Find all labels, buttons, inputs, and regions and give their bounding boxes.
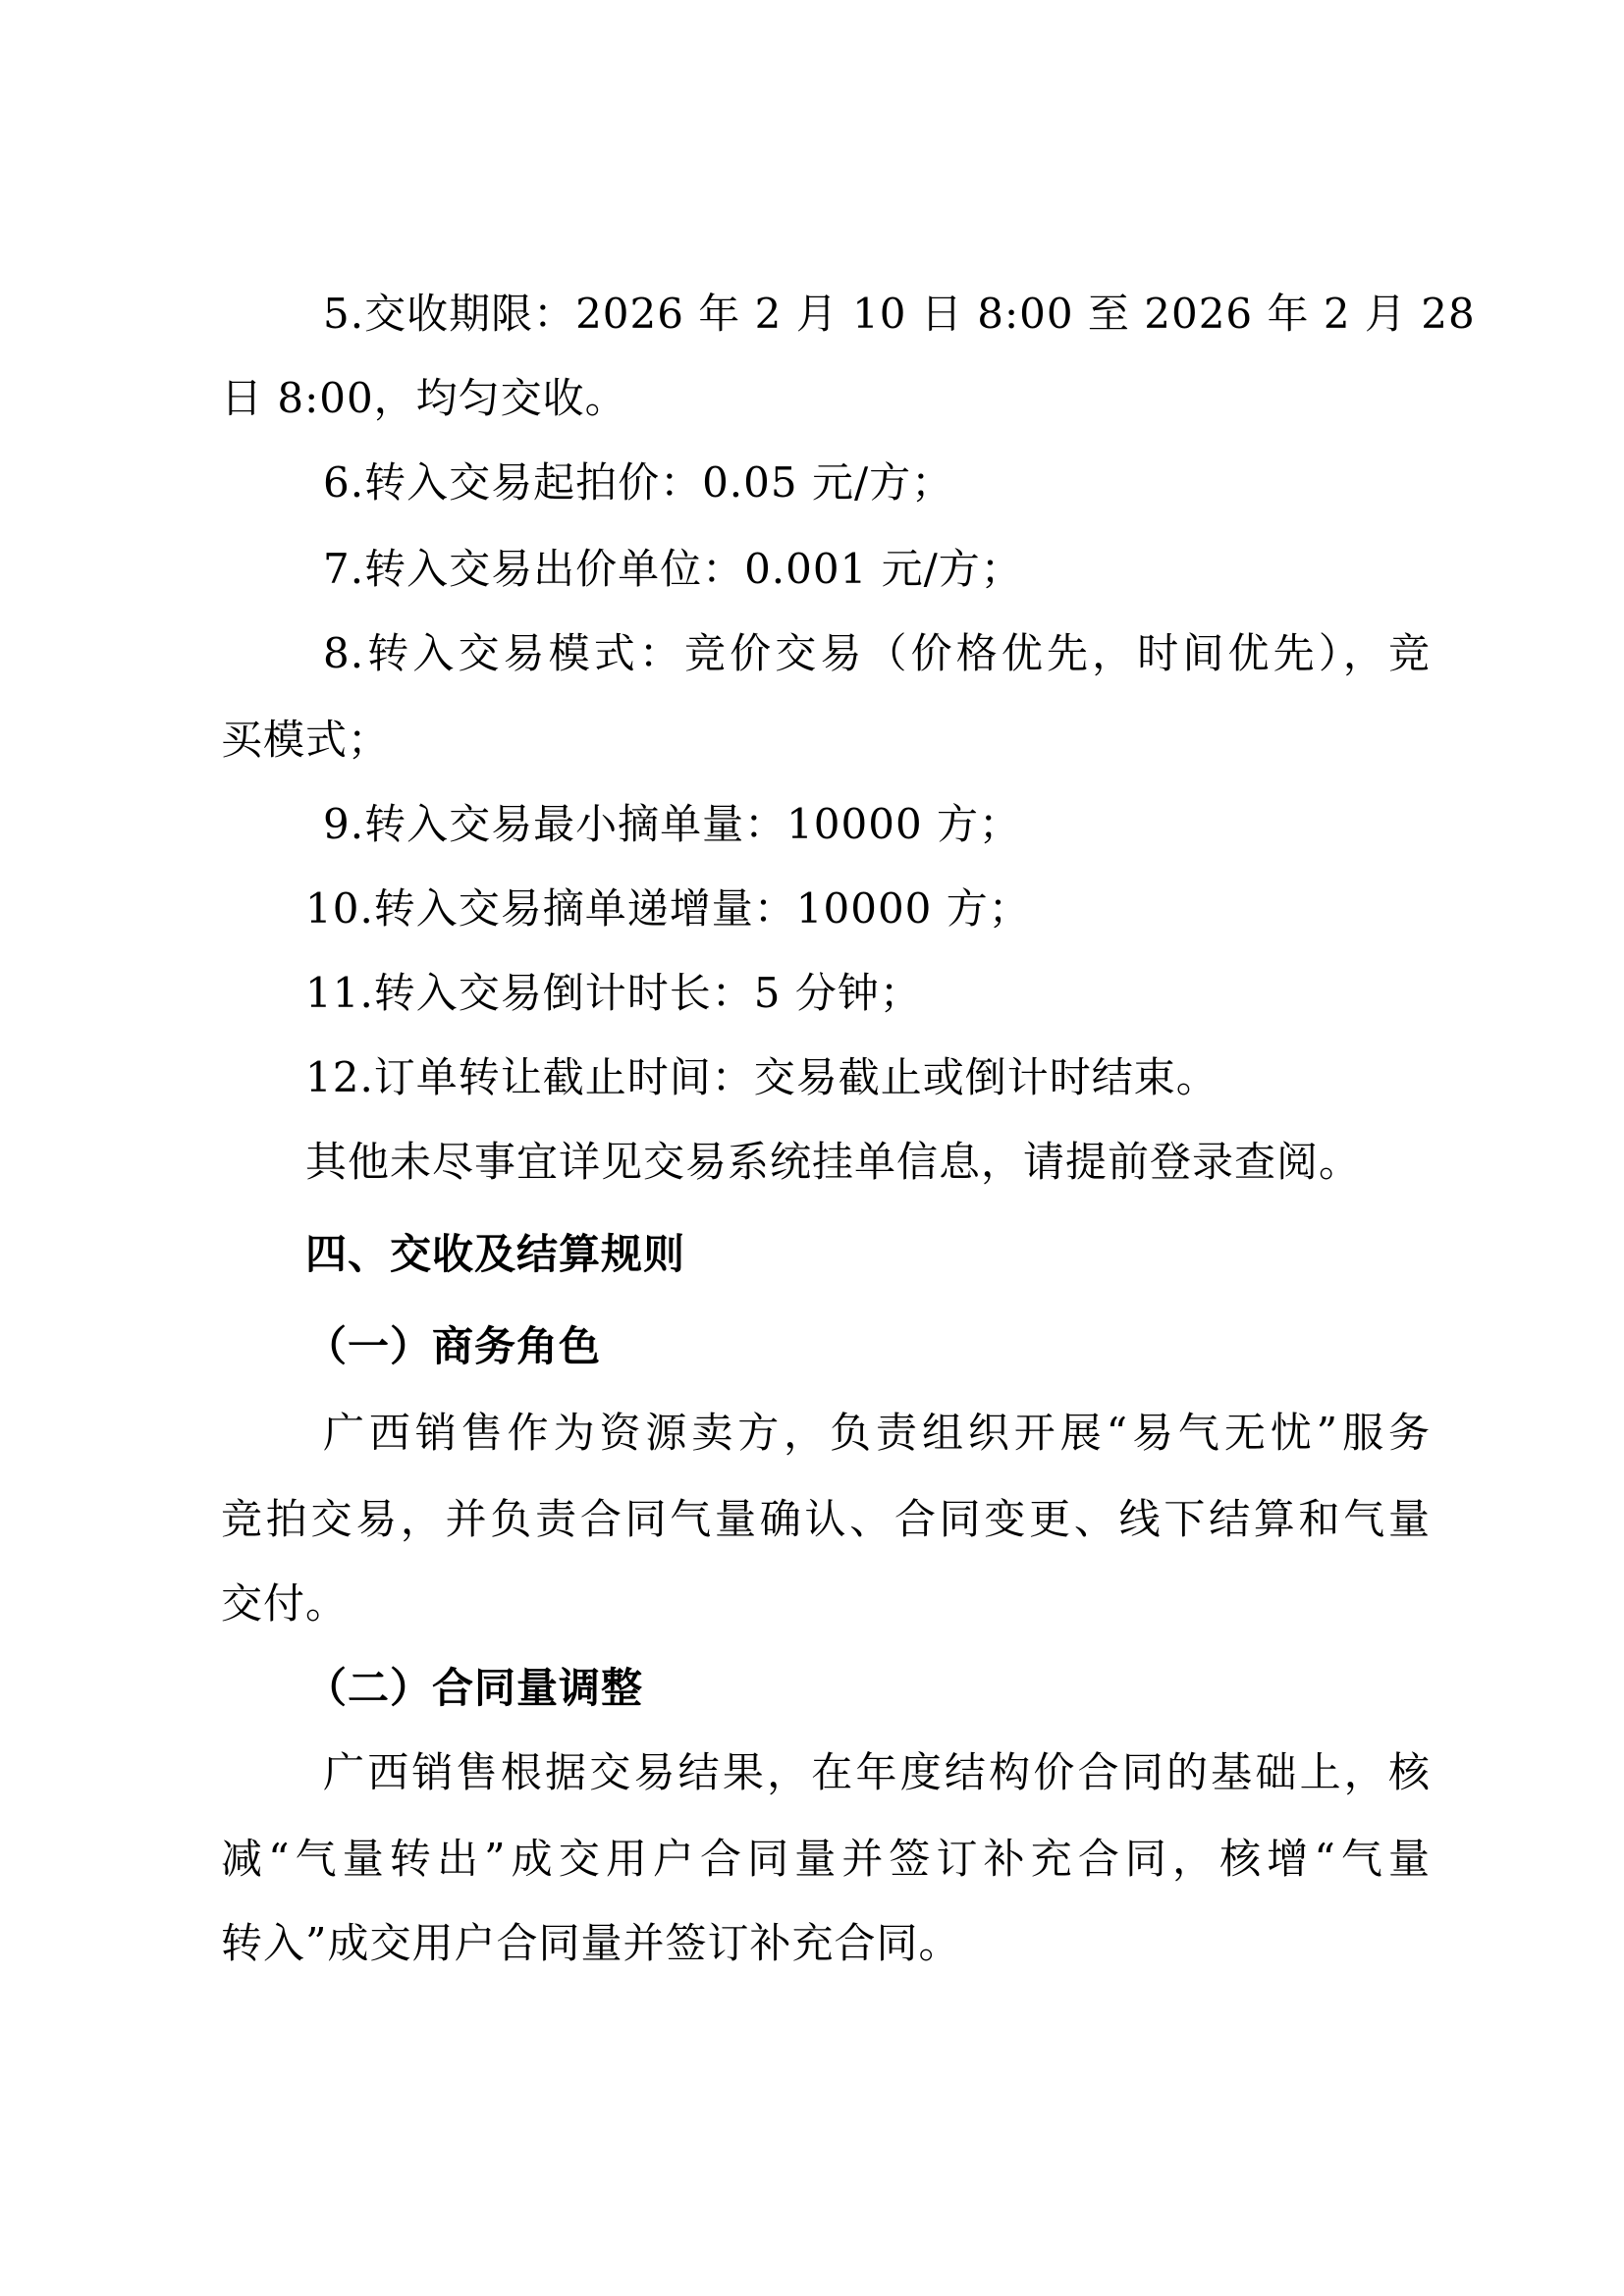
item-7: 7.转入交易出价单位：0.001 元/方； [323, 540, 1431, 599]
note-paragraph: 其他未尽事宜详见交易系统挂单信息，请提前登录查阅。 [305, 1133, 1431, 1192]
item-6: 6.转入交易起拍价：0.05 元/方； [323, 454, 1431, 512]
item-5-line2: 日 8:00，均匀交收。 [221, 369, 1431, 428]
sub1-line3: 交付。 [221, 1575, 1431, 1633]
item-10: 10.转入交易摘单递增量：10000 方； [305, 880, 1431, 938]
subsection-1-heading: （一）商务角色 [305, 1317, 1431, 1376]
section-4-heading: 四、交收及结算规则 [305, 1225, 1431, 1284]
item-11: 11.转入交易倒计时长：5 分钟； [305, 964, 1431, 1023]
item-9: 9.转入交易最小摘单量：10000 方； [323, 795, 1431, 854]
sub1-line2: 竞拍交易，并负责合同气量确认、合同变更、线下结算和气量 [221, 1490, 1431, 1549]
item-12: 12.订单转让截止时间：交易截止或倒计时结束。 [305, 1048, 1431, 1107]
sub2-line3: 转入”成交用户合同量并签订补充合同。 [221, 1914, 1431, 1973]
item-5-line1: 5.交收期限：2026 年 2 月 10 日 8:00 至 2026 年 2 月… [323, 285, 1431, 344]
sub2-line2: 减“气量转出”成交用户合同量并签订补充合同，核增“气量 [221, 1830, 1431, 1889]
item-8-line2: 买模式； [221, 711, 1431, 770]
sub1-line1: 广西销售作为资源卖方，负责组织开展“易气无忧”服务 [323, 1404, 1431, 1463]
sub2-line1: 广西销售根据交易结果，在年度结构价合同的基础上，核 [323, 1743, 1431, 1802]
subsection-2-heading: （二）合同量调整 [305, 1659, 1431, 1718]
item-8-line1: 8.转入交易模式：竞价交易（价格优先，时间优先），竞 [323, 624, 1431, 683]
